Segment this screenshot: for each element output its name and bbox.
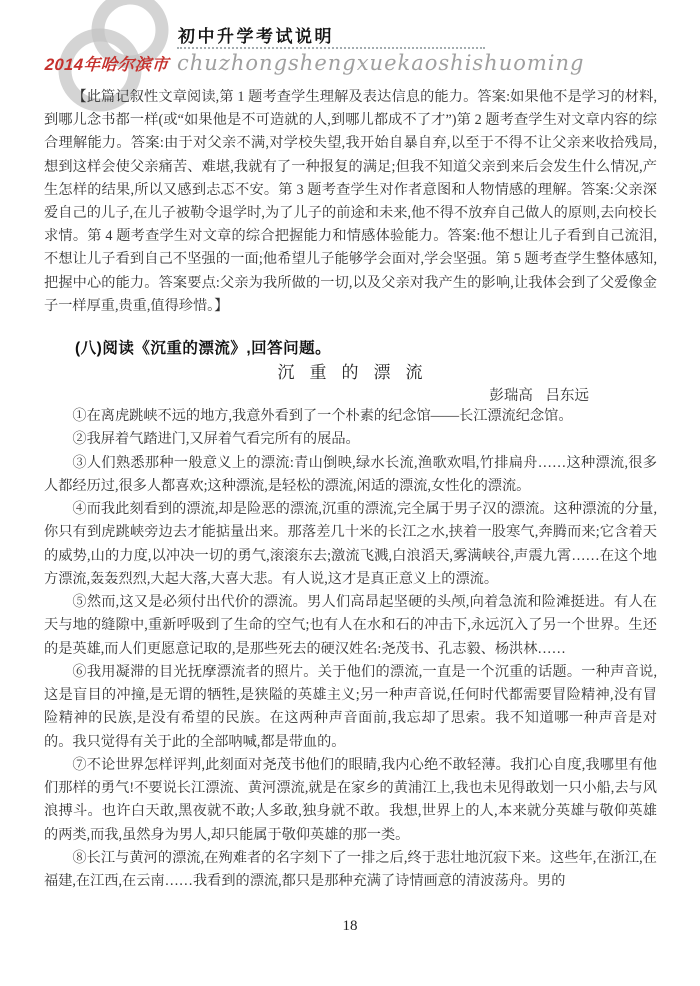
paragraph: ⑦不论世界怎样评判,此刻面对尧茂书他们的眼睛,我内心绝不敢轻薄。我扪心自度,我哪… — [44, 754, 657, 847]
document-page: 初中升学考试说明 chuzhongshengxuekaoshishuoming … — [0, 0, 700, 986]
paragraph: ④而我此刻看到的漂流,却是险恶的漂流,沉重的漂流,完全属于男子汉的漂流。这种漂流… — [44, 498, 657, 591]
commentary-block: 【此篇记叙性文章阅读,第 1 题考查学生理解及表达信息的能力。答案:如果他不是学… — [44, 86, 657, 318]
essay-authors: 彭瑞高 吕东远 — [44, 384, 657, 405]
paragraph: ③人们熟悉那种一般意义上的漂流:青山倒映,绿水长流,渔歌欢唱,竹排扁舟……这种漂… — [44, 452, 657, 499]
edition-label: 2014年哈尔滨市 — [44, 51, 169, 75]
paragraph: ①在离虎跳峡不远的地方,我意外看到了一个朴素的纪念馆——长江漂流纪念馆。 — [44, 405, 657, 428]
section-heading: (八)阅读《沉重的漂流》,回答问题。 — [44, 336, 657, 358]
essay-title: 沉重的漂流 — [0, 358, 700, 383]
watermark-text: chuzhongshengxuekaoshishuoming — [177, 51, 577, 75]
page-number: 18 — [0, 918, 700, 935]
paragraph: ②我屏着气踏进门,又屏着气看完所有的展品。 — [44, 428, 657, 451]
dotted-divider — [177, 47, 485, 49]
paragraph: ⑥我用凝滞的目光抚摩漂流者的照片。关于他们的漂流,一直是一个沉重的话题。一种声音… — [44, 661, 657, 754]
paragraph: ⑧长江与黄河的漂流,在殉难者的名字刻下了一排之后,终于悲壮地沉寂下来。这些年,在… — [44, 847, 657, 894]
paragraph: ⑤然而,这又是必须付出代价的漂流。男人们高昂起坚硬的头颅,向着急流和险滩挺进。有… — [44, 591, 657, 661]
series-title: 初中升学考试说明 — [178, 22, 518, 47]
essay-body: ①在离虎跳峡不远的地方,我意外看到了一个朴素的纪念馆——长江漂流纪念馆。 ②我屏… — [44, 405, 657, 893]
